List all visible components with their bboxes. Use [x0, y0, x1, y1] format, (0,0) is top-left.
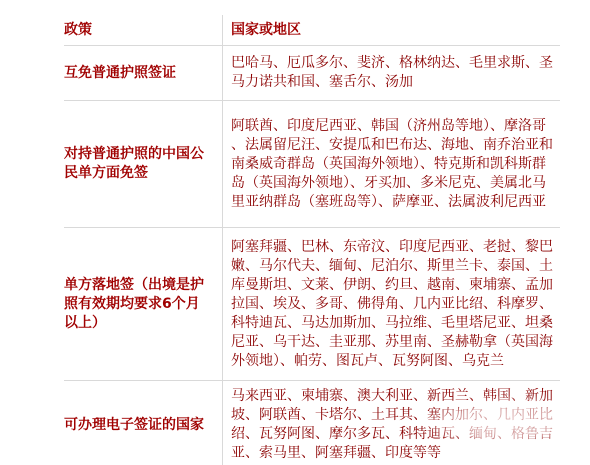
- policy-column-header: 政策: [64, 15, 222, 45]
- regions-cell-unilateral-visa-free: 阿联酋、印度尼西亚、韩国（济州岛等地）、摩洛哥、法属留尼汪、安提瓜和巴布达、海地…: [222, 101, 560, 227]
- policy-cell-mutual-visa-exemption: 互免普通护照签证: [64, 46, 222, 100]
- regions-cell-mutual-visa-exemption: 巴哈马、厄瓜多尔、斐济、格林纳达、毛里求斯、圣马力诺共和国、塞舌尔、汤加: [222, 46, 560, 100]
- policy-cell-unilateral-visa-free: 对持普通护照的中国公民单方面免签: [64, 101, 222, 227]
- page: 政策 国家或地区 互免普通护照签证 巴哈马、厄瓜多尔、斐济、格林纳达、毛里求斯、…: [0, 0, 590, 465]
- table-row: 对持普通护照的中国公民单方面免签 阿联酋、印度尼西亚、韩国（济州岛等地）、摩洛哥…: [64, 101, 560, 228]
- policy-cell-visa-on-arrival: 单方落地签（出境是护照有效期均要求6个月以上）: [64, 228, 222, 380]
- table-row: 可办理电子签证的国家 马来西亚、柬埔寨、澳大利亚、新西兰、韩国、新加坡、阿联酋、…: [64, 381, 560, 465]
- visa-policy-table: 政策 国家或地区 互免普通护照签证 巴哈马、厄瓜多尔、斐济、格林纳达、毛里求斯、…: [64, 15, 560, 465]
- table-header-row: 政策 国家或地区: [64, 15, 560, 46]
- table-row: 单方落地签（出境是护照有效期均要求6个月以上） 阿塞拜疆、巴林、东帝汶、印度尼西…: [64, 228, 560, 381]
- table-row: 互免普通护照签证 巴哈马、厄瓜多尔、斐济、格林纳达、毛里求斯、圣马力诺共和国、塞…: [64, 46, 560, 101]
- policy-cell-e-visa: 可办理电子签证的国家: [64, 381, 222, 465]
- regions-column-header: 国家或地区: [222, 15, 560, 45]
- regions-cell-visa-on-arrival: 阿塞拜疆、巴林、东帝汶、印度尼西亚、老挝、黎巴嫩、马尔代夫、缅甸、尼泊尔、斯里兰…: [222, 228, 560, 380]
- regions-cell-e-visa: 马来西亚、柬埔寨、澳大利亚、新西兰、韩国、新加坡、阿联酋、卡塔尔、土耳其、塞内加…: [222, 381, 560, 465]
